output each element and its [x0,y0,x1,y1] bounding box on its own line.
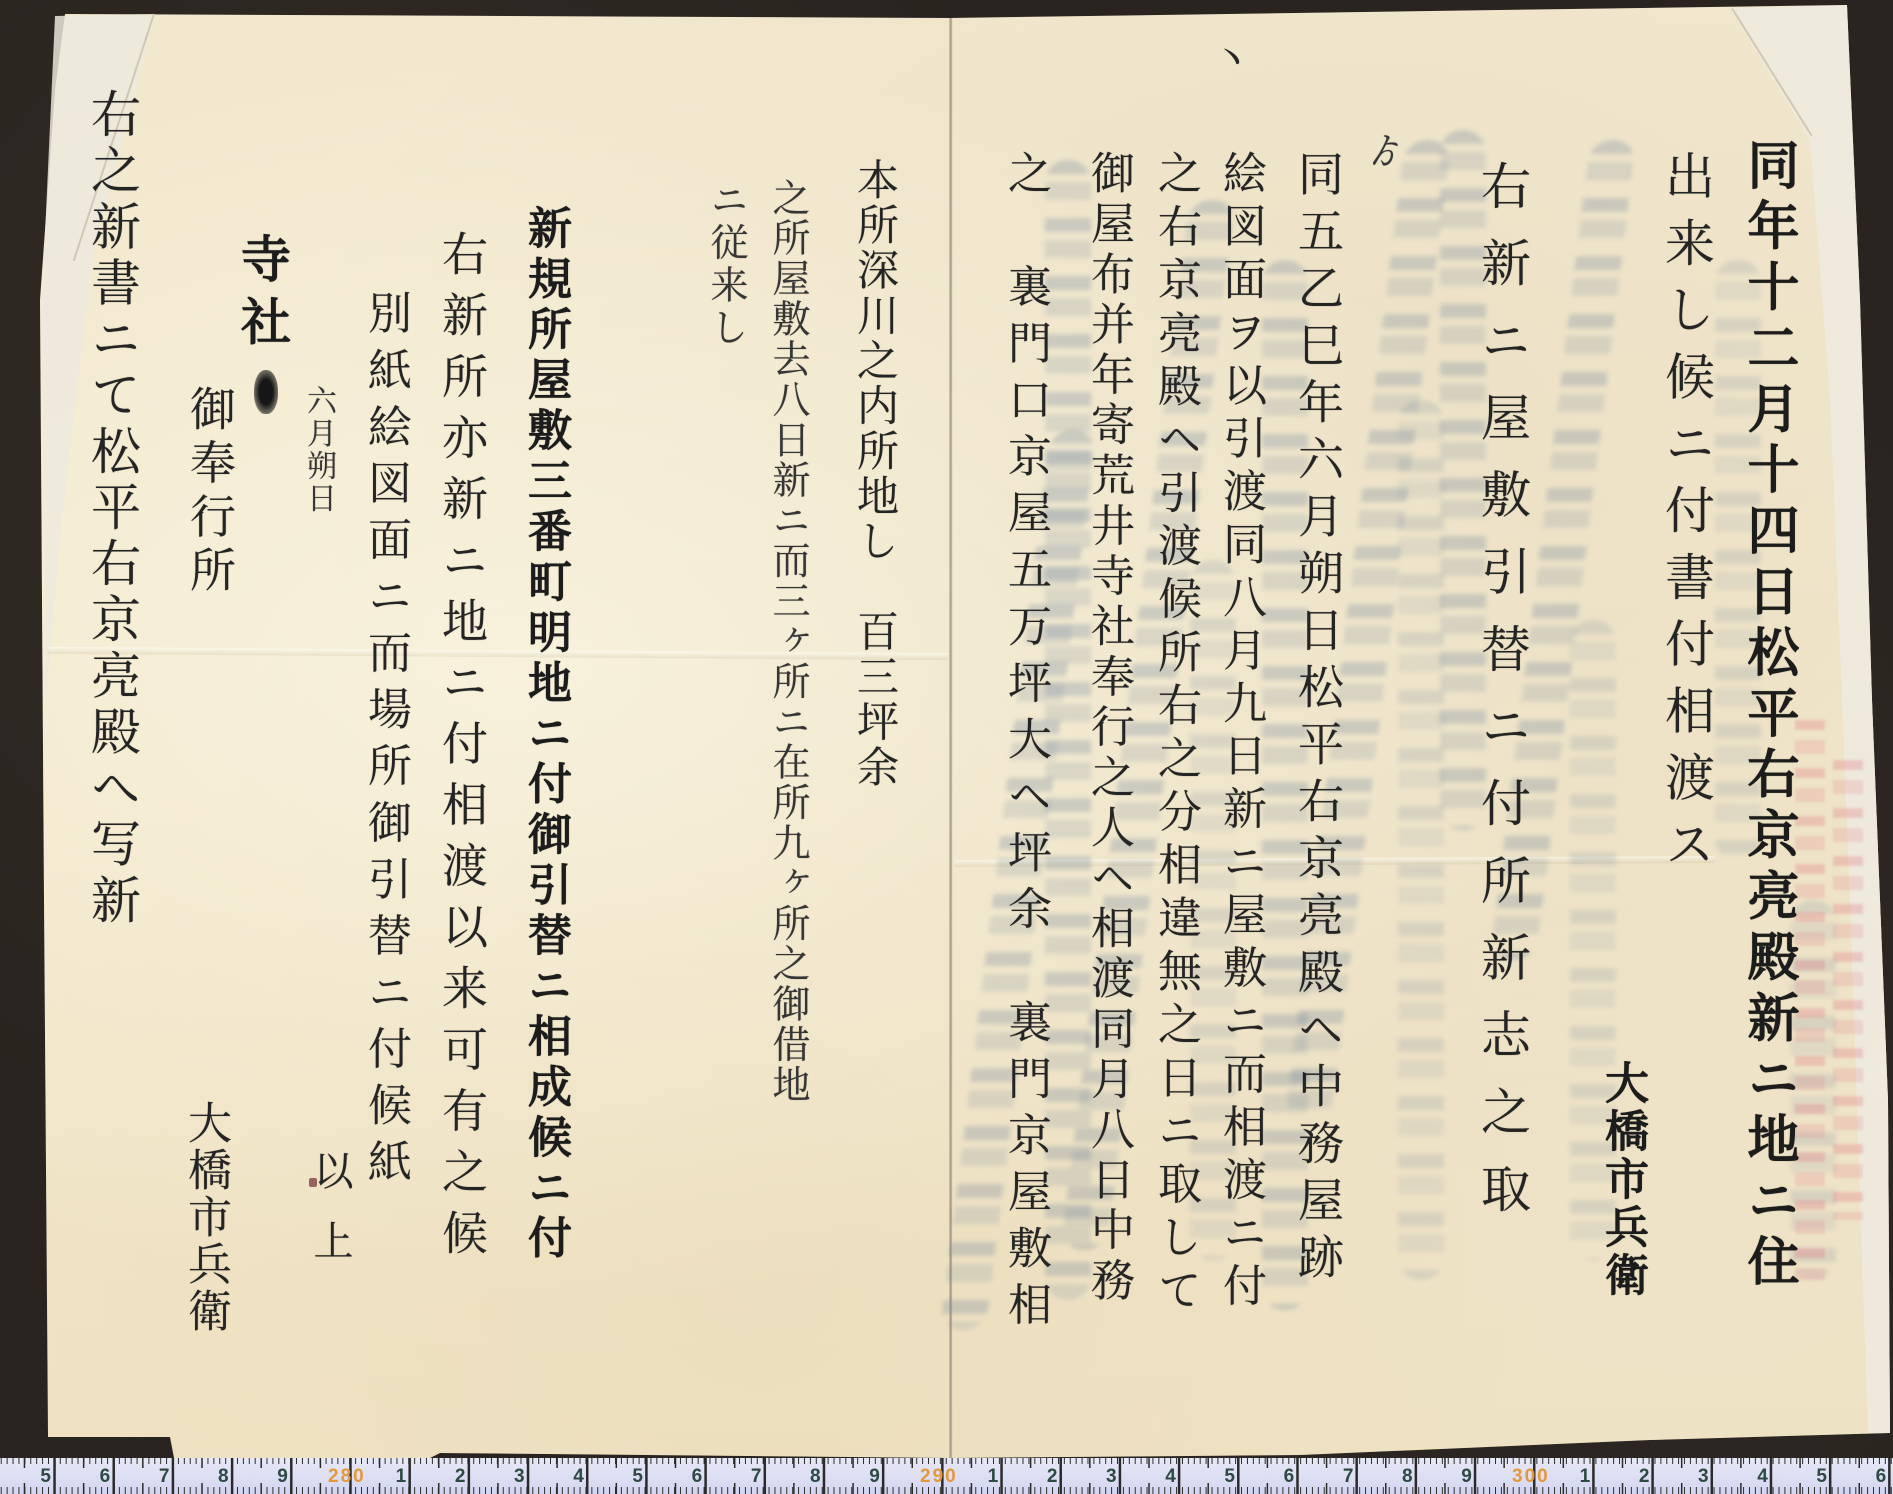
text-column: 御屋布并年寄荒井寺社奉行之人ヘ相渡同月八日中務 [1086,150,1130,1307]
ruler-label: 3 [1695,1466,1709,1488]
signature: 大橋市兵衛 [1600,1060,1644,1300]
ruler-label: 4 [1162,1466,1176,1488]
text-column: 新規所屋敷三番町明地ニ付御引替ニ相成候ニ付 [523,205,567,1265]
seal-mark [309,1178,317,1187]
text-column: 出来し候ニ付書付相渡ス [1661,150,1711,885]
ruler-label: 7 [747,1466,761,1488]
ruler-label: 5 [37,1466,51,1488]
ruler-label: 7 [155,1466,169,1488]
text-column: ニ従来し [707,180,745,350]
ruler-label: 9 [274,1466,288,1488]
text-column: 之 裏門口京屋五万坪大ヘ坪余 裏門京屋敷相 [1003,150,1047,1338]
date-line: 六月朔日 [303,385,333,515]
item-mark: ゟ [1364,132,1400,172]
ink-blot [254,370,278,414]
closing-phrase: 以上 [310,1150,350,1290]
ruler-label: 8 [807,1466,821,1488]
ruler-label: 5 [1221,1466,1235,1488]
ruler-label: 3 [511,1466,525,1488]
text-column: 同年十二月十四日松平右京亮殿新ニ地ニ住 [1742,138,1794,1295]
ruler-label: 2 [1043,1466,1057,1488]
ruler-label: 2 [451,1466,465,1488]
faded-red-stamp [1833,760,1863,1220]
ruler-label: 2 [1635,1466,1649,1488]
ruler-label: 9 [866,1466,880,1488]
ruler-decade-label: 280 [328,1466,382,1488]
ruler-label: 1 [984,1466,998,1488]
signature: 大橋市兵衛 [183,1100,227,1335]
ruler-label: 9 [1458,1466,1472,1488]
text-column: 之右京亮殿ヘ引渡候所右之分相違無之日ニ取して [1153,150,1197,1320]
measuring-ruler: 5 6 7 8 9 280 1 2 3 4 5 6 7 8 9 290 1 2 … [0,1458,1893,1494]
ruler-label: 4 [570,1466,584,1488]
ruler-label: 8 [215,1466,229,1488]
ruler-label: 5 [629,1466,643,1488]
bleed-through-ink [1398,400,1444,1280]
text-column: 右新所亦新ニ地ニ付相渡以来可有之候 [439,230,485,1270]
addressee-title: 御奉行所 [187,385,233,600]
ruler-label: 7 [1339,1466,1353,1488]
ruler-label: 4 [1754,1466,1768,1488]
ruler-label: 6 [1872,1466,1886,1488]
ruler-label: 8 [1399,1466,1413,1488]
ruler-decade-label: 290 [920,1466,974,1488]
ruler-label: 3 [1103,1466,1117,1488]
text-column: 別紙絵図面ニ而場所御引替ニ付候紙 [363,290,407,1195]
ruler-decade-label: 300 [1512,1466,1566,1488]
ruler-label: 6 [96,1466,110,1488]
faded-red-stamp [1795,720,1825,1280]
ruler-label: 6 [688,1466,702,1488]
text-column: 右之新書ニて松平右京亮殿へ写新 [87,88,137,930]
text-column: 同五乙巳年六月朔日松平右京亮殿ヘ中務屋跡 [1295,150,1341,1290]
text-column: 本所深川之内所地し 百三坪余 [854,158,896,790]
ruler-label: 5 [1813,1466,1827,1488]
addressee-office: 寺社 [237,233,287,358]
text-column: 右新ニ屋敷引替ニ付所新志之取 [1477,160,1527,1240]
text-column: 絵図面ヲ以引渡同八月九日新ニ屋敷ニ而相渡ニ付 [1218,150,1262,1315]
item-mark: 丶 [1208,38,1248,84]
text-column: 之所屋敷去八日新ニ而三ヶ所ニ在所九ヶ所之御借地 [769,178,807,1105]
ruler-label: 6 [1280,1466,1294,1488]
ruler-label: 1 [1576,1466,1590,1488]
ruler-label: 1 [392,1466,406,1488]
